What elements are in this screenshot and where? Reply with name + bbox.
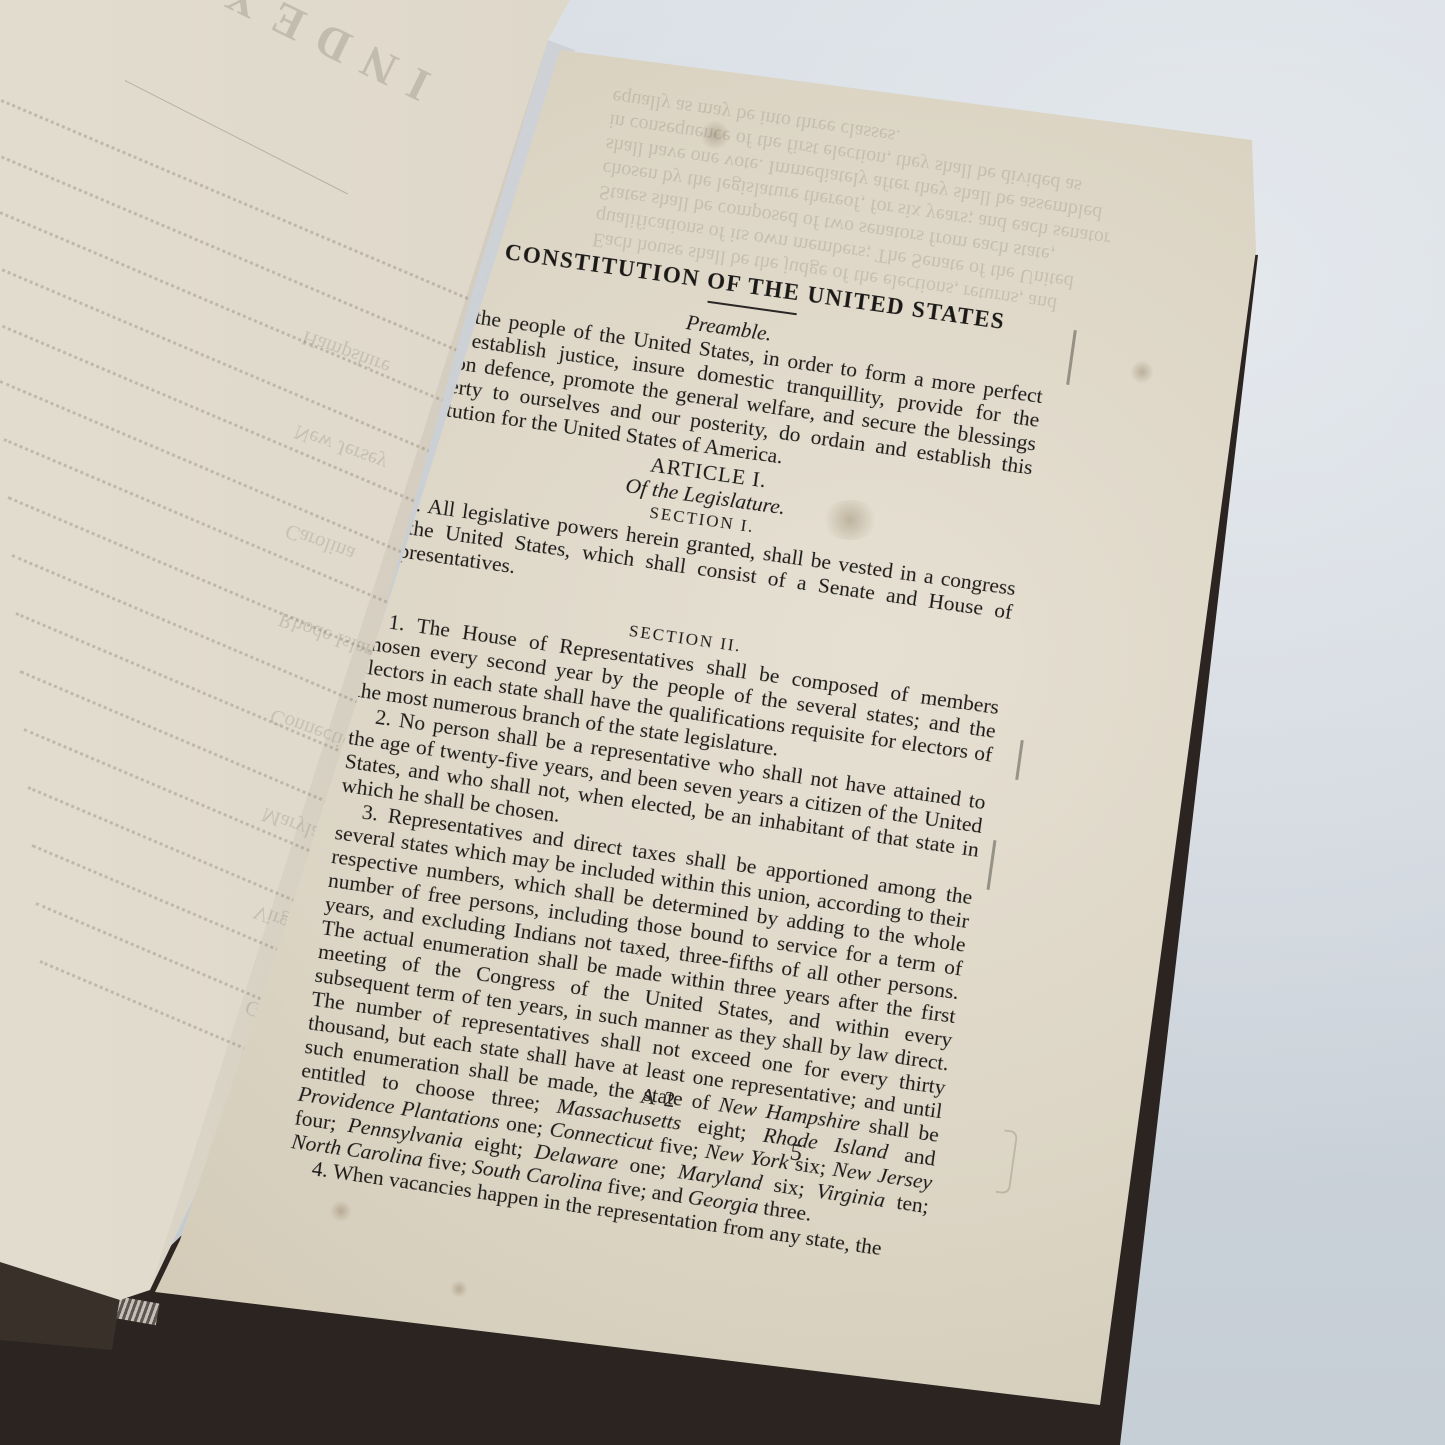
index-dotted-leader	[0, 148, 487, 364]
foxing-spot	[1130, 360, 1154, 384]
index-heading: INDEX	[200, 0, 437, 113]
index-dotted-leader	[0, 90, 496, 312]
signature-mark: A 2	[638, 1083, 678, 1114]
index-dotted-leader	[0, 380, 452, 574]
foxing-spot	[330, 1200, 352, 1222]
foxing-spot	[700, 120, 730, 150]
index-dotted-leader	[0, 264, 469, 469]
index-dotted-leader	[0, 322, 461, 522]
foxing-spot	[450, 1280, 468, 1298]
margin-pencil-mark	[1066, 330, 1077, 385]
state-seat-count: ten;	[883, 1188, 930, 1218]
margin-pencil-mark	[987, 840, 997, 890]
index-rule	[125, 80, 348, 194]
index-dotted-leader	[0, 206, 478, 417]
margin-pencil-mark	[1015, 740, 1024, 780]
bleed-through-word: Hampshire	[299, 325, 394, 380]
bleed-through-word: Carolina	[282, 518, 359, 566]
faint-bracket-mark	[996, 1129, 1019, 1194]
